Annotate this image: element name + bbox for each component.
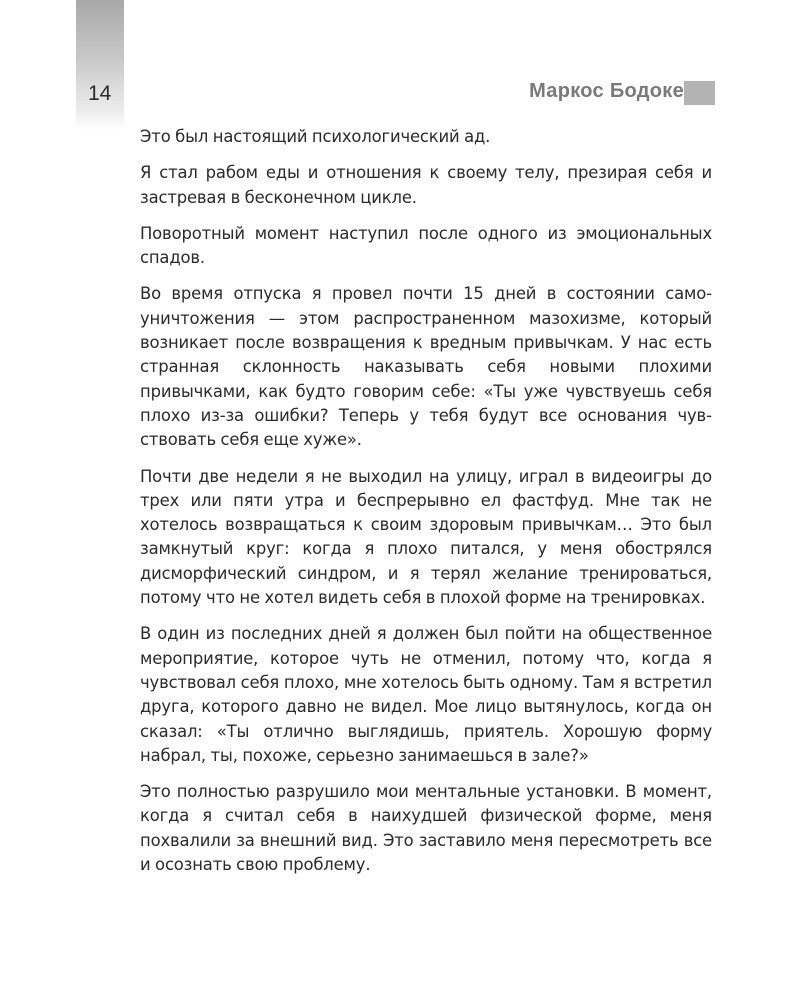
- paragraph: Поворотный момент наступил после одного …: [140, 222, 712, 271]
- body-text: Это был настоящий психологический ад. Я …: [140, 125, 712, 889]
- header-square-marker: [684, 81, 715, 105]
- paragraph: Во время отпуска я провел почти 15 дней …: [140, 282, 712, 452]
- paragraph: Я стал рабом еды и отношения к своему те…: [140, 161, 712, 210]
- paragraph: Это полностью разрушило мои ментальные у…: [140, 780, 712, 877]
- paragraph: В один из последних дней я должен был по…: [140, 622, 712, 768]
- paragraph: Почти две недели я не выходил на улицу, …: [140, 465, 712, 611]
- running-head-author: Маркос Бодоке: [529, 80, 684, 103]
- page-corner-tab: [76, 0, 124, 130]
- paragraph: Это был настоящий психологический ад.: [140, 125, 712, 149]
- page-number: 14: [88, 82, 111, 106]
